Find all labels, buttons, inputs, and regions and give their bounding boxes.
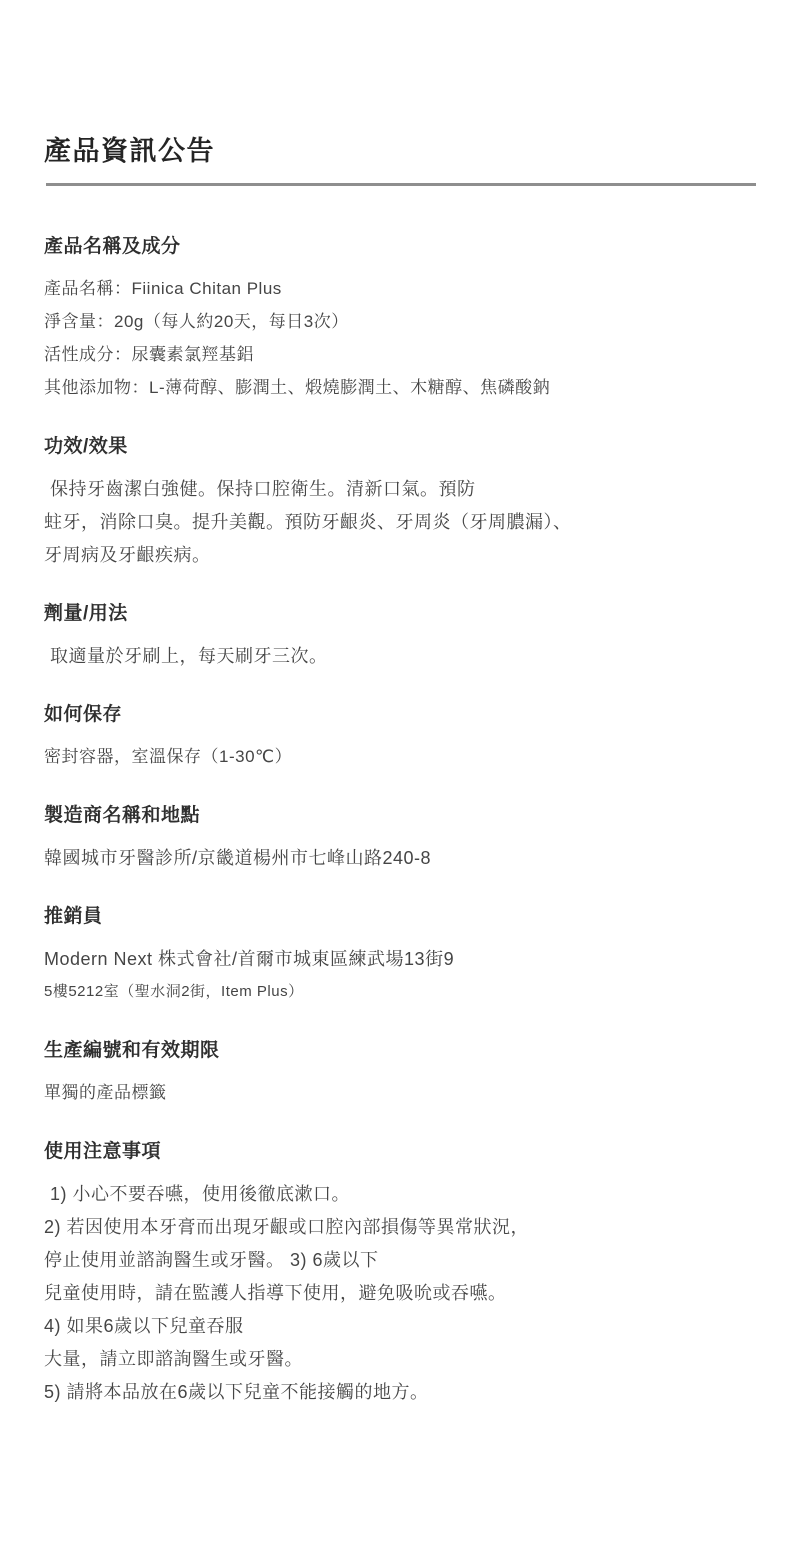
section-efficacy: 功效/效果 保持牙齒潔白強健。保持口腔衛生。清新口氣。預防 蛀牙，消除口臭。提升… <box>44 436 756 566</box>
section-heading: 推銷員 <box>44 906 756 928</box>
precaution-line: 兒童使用時，請在監護人指導下使用，避免吸吮或吞嚥。 <box>44 1282 756 1304</box>
precaution-line: 大量，請立即諮詢醫生或牙醫。 <box>44 1348 756 1370</box>
section-storage: 如何保存 密封容器，室溫保存（1-30℃） <box>44 704 756 768</box>
section-heading: 劑量/用法 <box>44 603 756 625</box>
section-dosage-usage: 劑量/用法 取適量於牙刷上，每天刷牙三次。 <box>44 603 756 667</box>
section-heading: 如何保存 <box>44 704 756 726</box>
distributor-line: Modern Next 株式會社/首爾市城東區練武場13街9 <box>44 948 756 970</box>
section-heading: 功效/效果 <box>44 436 756 458</box>
efficacy-line: 蛀牙，消除口臭。提升美觀。預防牙齦炎、牙周炎（牙周膿漏）、 <box>44 511 756 533</box>
section-lot-expiry: 生產編號和有效期限 單獨的產品標籤 <box>44 1040 756 1104</box>
section-heading: 使用注意事項 <box>44 1141 756 1163</box>
efficacy-line: 保持牙齒潔白強健。保持口腔衛生。清新口氣。預防 <box>44 478 756 500</box>
section-heading: 生產編號和有效期限 <box>44 1040 756 1062</box>
precaution-line: 4) 如果6歲以下兒童吞服 <box>44 1315 756 1337</box>
efficacy-line: 牙周病及牙齦疾病。 <box>44 544 756 566</box>
precaution-line: 停止使用並諮詢醫生或牙醫。 3) 6歲以下 <box>44 1249 756 1271</box>
page-title: 產品資訊公告 <box>44 136 756 166</box>
net-content-line: 淨含量：20g（每人約20天，每日3次） <box>44 311 756 333</box>
storage-line: 密封容器，室溫保存（1-30℃） <box>44 746 756 768</box>
section-name-ingredients: 產品名稱及成分 產品名稱：Fiinica Chitan Plus 淨含量：20g… <box>44 236 756 399</box>
distributor-address-line: 5樓5212室（聖水洞2街，Item Plus） <box>44 981 756 1003</box>
active-ingredient-line: 活性成分：尿囊素氯羥基鋁 <box>44 344 756 366</box>
product-info-page: 產品資訊公告 產品名稱及成分 產品名稱：Fiinica Chitan Plus … <box>0 0 800 1551</box>
precaution-line: 1) 小心不要吞嚥，使用後徹底漱口。 <box>44 1183 756 1205</box>
title-divider <box>46 183 756 186</box>
additives-line: 其他添加物：L-薄荷醇、膨潤土、煅燒膨潤土、木糖醇、焦磷酸鈉 <box>44 377 756 399</box>
section-distributor: 推銷員 Modern Next 株式會社/首爾市城東區練武場13街9 5樓521… <box>44 906 756 1003</box>
usage-line: 取適量於牙刷上，每天刷牙三次。 <box>44 645 756 667</box>
manufacturer-line: 韓國城市牙醫診所/京畿道楊州市七峰山路240-8 <box>44 847 756 869</box>
section-manufacturer: 製造商名稱和地點 韓國城市牙醫診所/京畿道楊州市七峰山路240-8 <box>44 805 756 869</box>
section-precautions: 使用注意事項 1) 小心不要吞嚥，使用後徹底漱口。 2) 若因使用本牙膏而出現牙… <box>44 1141 756 1403</box>
section-heading: 製造商名稱和地點 <box>44 805 756 827</box>
product-name-line: 產品名稱：Fiinica Chitan Plus <box>44 278 756 300</box>
precaution-line: 2) 若因使用本牙膏而出現牙齦或口腔內部損傷等異常狀況， <box>44 1216 756 1238</box>
lot-expiry-line: 單獨的產品標籤 <box>44 1082 756 1104</box>
section-heading: 產品名稱及成分 <box>44 236 756 258</box>
precaution-line: 5) 請將本品放在6歲以下兒童不能接觸的地方。 <box>44 1381 756 1403</box>
